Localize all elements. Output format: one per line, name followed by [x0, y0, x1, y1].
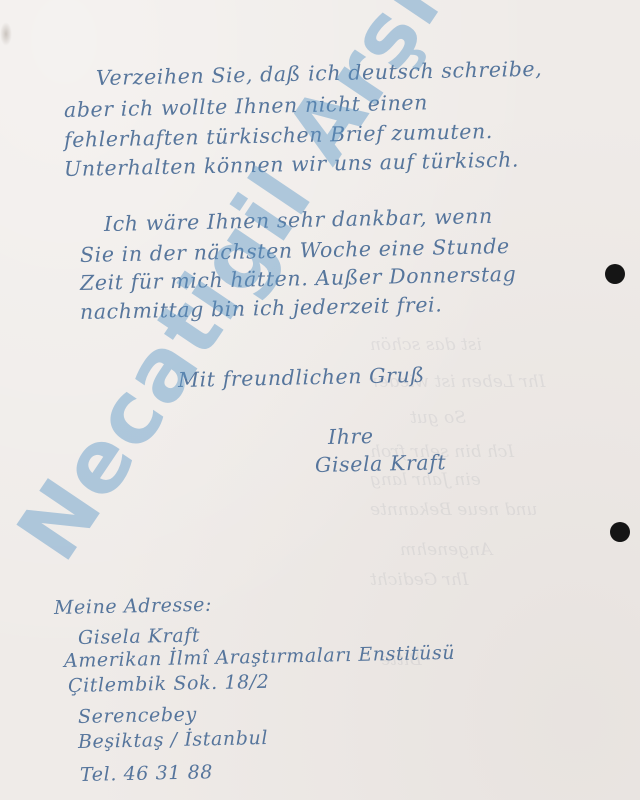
closing-word: Ihre	[328, 424, 374, 449]
letter-line: Sie in der nächsten Woche eine Stunde	[80, 234, 510, 267]
phone-number: Tel. 46 31 88	[80, 761, 213, 786]
bleed-through-text: Ihr Gedicht	[370, 570, 468, 590]
bleed-through-text: ist das schön	[370, 335, 482, 355]
letter-line: Zeit für mich hätten. Außer Donnerstag	[80, 262, 517, 295]
bleed-through-text: und neue Bekannte	[370, 500, 537, 520]
letter-page: ist das schön Ihr Leben ist wieder So gu…	[0, 0, 640, 800]
letter-line: nachmittag bin ich jederzeit frei.	[80, 292, 443, 324]
address-line-district: Serencebey	[78, 704, 197, 728]
punch-hole-bottom	[610, 522, 630, 542]
address-label: Meine Adresse:	[54, 594, 212, 619]
letter-line: Verzeihen Sie, daß ich deutsch schreibe,	[96, 57, 543, 90]
bleed-through-text: Angenehm	[400, 540, 492, 560]
address-line-city: Beşiktaş / İstanbul	[78, 727, 268, 753]
bleed-through-text: So gut	[410, 408, 466, 428]
address-line-name: Gisela Kraft	[78, 624, 201, 649]
signature: Gisela Kraft	[315, 450, 447, 477]
letter-line: fehlerhaften türkischen Brief zumuten.	[64, 119, 493, 152]
letter-line: Ich wäre Ihnen sehr dankbar, wenn	[104, 204, 493, 236]
address-line-street: Çitlembik Sok. 18/2	[68, 671, 270, 697]
punch-hole-top	[605, 264, 625, 284]
letter-line: aber ich wollte Ihnen nicht einen	[64, 90, 428, 122]
letter-line: Unterhalten können wir uns auf türkisch.	[64, 147, 519, 181]
paper-smudge	[0, 22, 12, 46]
